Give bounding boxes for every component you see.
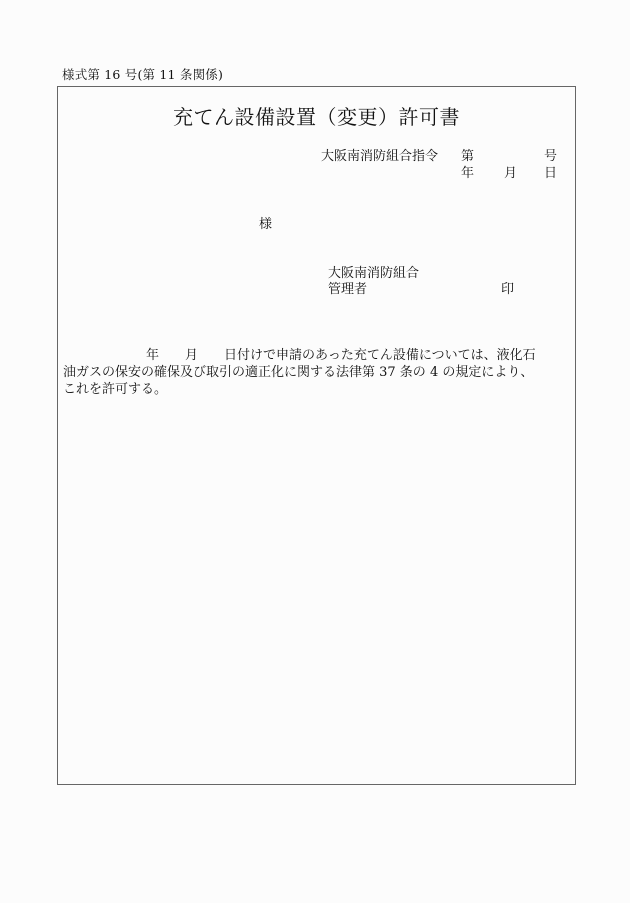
document-title: 充てん設備設置（変更）許可書: [58, 101, 575, 130]
seal-mark: 印: [501, 278, 514, 297]
date-month-label: 月: [504, 162, 517, 181]
body-year-label: 年: [146, 348, 159, 363]
body-month-label: 月: [185, 348, 198, 363]
addressee-suffix: 様: [259, 213, 272, 232]
body-line-1-text: 日付けで申請のあった充てん設備については、液化石: [224, 348, 536, 363]
document-frame: 充てん設備設置（変更）許可書 大阪南消防組合指令 第 号 年 月 日 様 大阪南…: [57, 86, 576, 785]
issuer-order: 大阪南消防組合指令: [321, 145, 438, 164]
form-number: 様式第 16 号(第 11 条関係): [62, 65, 223, 83]
body-line-1: 年月日付けで申請のあった充てん設備については、液化石: [63, 347, 568, 364]
permit-body: 年月日付けで申請のあった充てん設備については、液化石 油ガスの保安の確保及び取引…: [63, 347, 568, 398]
date-day-label: 日: [544, 162, 557, 181]
body-line-3: これを許可する。: [63, 381, 568, 398]
sender-title: 管理者: [328, 278, 367, 297]
date-year-label: 年: [461, 162, 474, 181]
body-line-2: 油ガスの保安の確保及び取引の適正化に関する法律第 37 条の 4 の規定により、: [63, 364, 568, 381]
